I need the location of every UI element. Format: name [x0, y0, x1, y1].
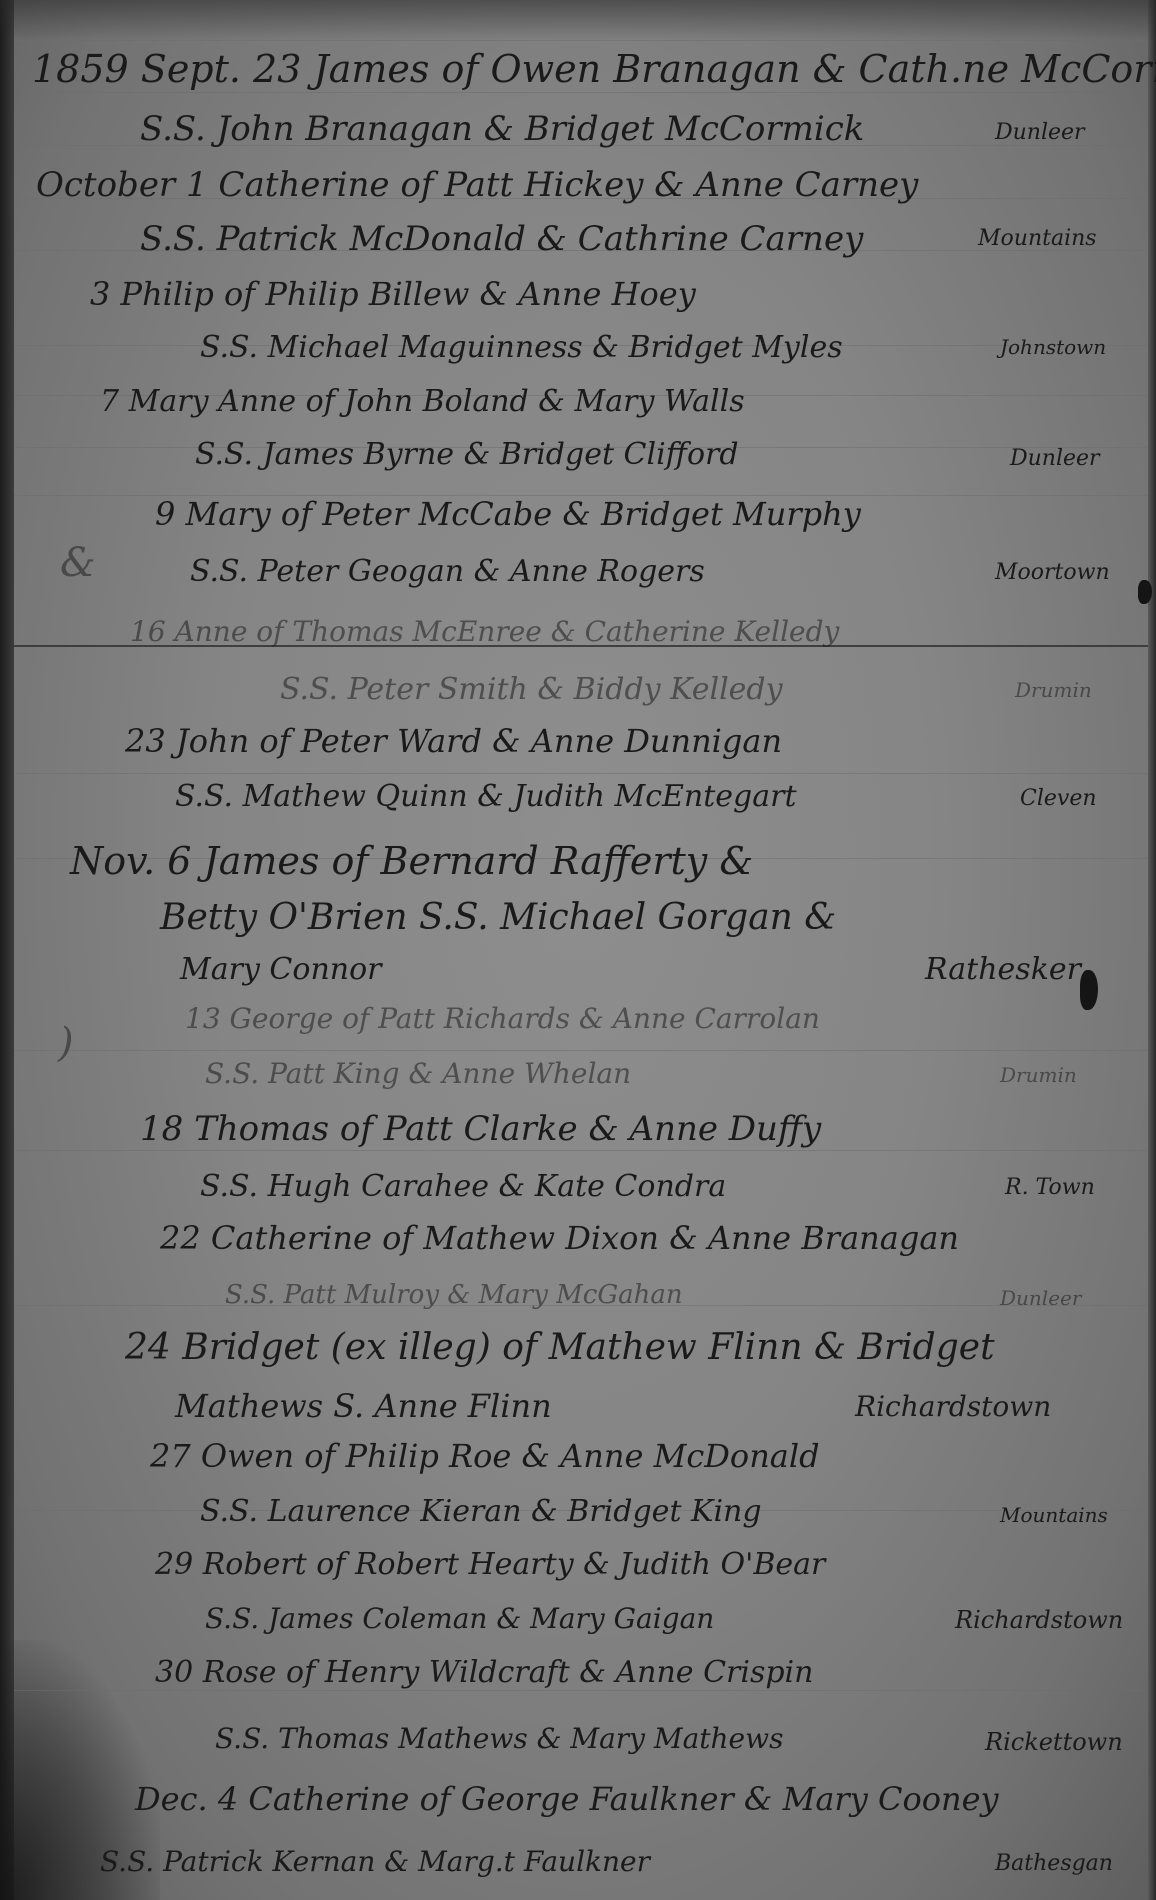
place-name: Richardstown [955, 1608, 1123, 1632]
entry-line: Dec. 4 Catherine of George Faulkner & Ma… [135, 1783, 999, 1815]
ruled-line [14, 1050, 1148, 1051]
entry-line: 30 Rose of Henry Wildcraft & Anne Crispi… [155, 1658, 813, 1688]
place-name: Mountains [1000, 1505, 1108, 1525]
entry-line: Nov. 6 James of Bernard Rafferty & [70, 842, 753, 880]
ruled-line [14, 92, 1148, 93]
place-name: Moortown [995, 562, 1110, 584]
entry-line: 29 Robert of Robert Hearty & Judith O'Be… [155, 1550, 825, 1580]
margin-bracket-mark: ) [58, 1020, 74, 1066]
entry-line: 16 Anne of Thomas McEnree & Catherine Ke… [130, 618, 839, 646]
register-page: 1859 Sept. 23 James of Owen Branagan & C… [0, 0, 1156, 1900]
entry-line: 13 George of Patt Richards & Anne Carrol… [185, 1005, 820, 1033]
entry-line: S.S. Patt King & Anne Whelan [205, 1060, 631, 1088]
place-name: Dunleer [1000, 1288, 1081, 1308]
entry-line: 27 Owen of Philip Roe & Anne McDonald [150, 1440, 820, 1472]
page-right-edge [1148, 0, 1156, 1900]
ruled-line [14, 773, 1148, 774]
entry-line: S.S. James Byrne & Bridget Clifford [195, 440, 739, 470]
entry-line: October 1 Catherine of Patt Hickey & Ann… [36, 168, 918, 202]
place-name: Dunleer [995, 122, 1085, 144]
place-name: Johnstown [1000, 337, 1106, 357]
entry-line: Mathews S. Anne Flinn [175, 1390, 552, 1422]
entry-line: Betty O'Brien S.S. Michael Gorgan & [160, 900, 836, 936]
ink-blot [1080, 970, 1098, 1010]
entry-line: S.S. Patrick McDonald & Cathrine Carney [140, 222, 863, 256]
top-shadow [0, 0, 1156, 40]
entry-line: S.S. Laurence Kieran & Bridget King [200, 1497, 762, 1527]
entry-line: S.S. Mathew Quinn & Judith McEntegart [175, 782, 797, 812]
entry-line: S.S. Patt Mulroy & Mary McGahan [225, 1282, 683, 1308]
entry-line: S.S. Peter Smith & Biddy Kelledy [280, 675, 783, 705]
entry-line: Mary Connor [180, 955, 382, 985]
place-name: Rathesker [925, 955, 1081, 985]
entry-line: S.S. Thomas Mathews & Mary Mathews [215, 1725, 783, 1753]
place-name: Rickettown [985, 1730, 1123, 1754]
place-name: Drumin [1000, 1065, 1077, 1085]
place-name: Drumin [1015, 680, 1092, 700]
entry-line: 7 Mary Anne of John Boland & Mary Walls [100, 387, 745, 417]
entry-line: S.S. Patrick Kernan & Marg.t Faulkner [100, 1848, 650, 1876]
book-binding-edge [0, 0, 14, 1900]
entry-line: 18 Thomas of Patt Clarke & Anne Duffy [140, 1112, 821, 1146]
ruled-line [14, 40, 1148, 41]
entry-line: 24 Bridget (ex illeg) of Mathew Flinn & … [125, 1330, 995, 1366]
margin-ampersand-mark: & [60, 540, 96, 586]
place-name: Dunleer [1010, 448, 1100, 470]
ruled-line [14, 1150, 1148, 1151]
entry-line: S.S. Michael Maguinness & Bridget Myles [200, 333, 843, 363]
entry-line: S.S. James Coleman & Mary Gaigan [205, 1605, 714, 1633]
entry-line: S.S. Peter Geogan & Anne Rogers [190, 557, 705, 587]
entry-line: S.S. John Branagan & Bridget McCormick [140, 112, 864, 146]
entry-line: S.S. Hugh Carahee & Kate Condra [200, 1172, 726, 1202]
ruled-line [14, 1690, 1148, 1691]
entry-line: 3 Philip of Philip Billew & Anne Hoey [90, 278, 696, 310]
entry-line: 22 Catherine of Mathew Dixon & Anne Bran… [160, 1222, 959, 1254]
place-name: Cleven [1020, 788, 1097, 810]
place-name: Mountains [978, 228, 1097, 250]
entry-line: 23 John of Peter Ward & Anne Dunnigan [125, 725, 782, 757]
place-name: Richardstown [855, 1393, 1051, 1421]
entry-line: 9 Mary of Peter McCabe & Bridget Murphy [155, 498, 861, 530]
place-name: Bathesgan [995, 1853, 1113, 1875]
place-name: R. Town [1005, 1177, 1095, 1199]
entry-line: 1859 Sept. 23 James of Owen Branagan & C… [32, 50, 1156, 88]
